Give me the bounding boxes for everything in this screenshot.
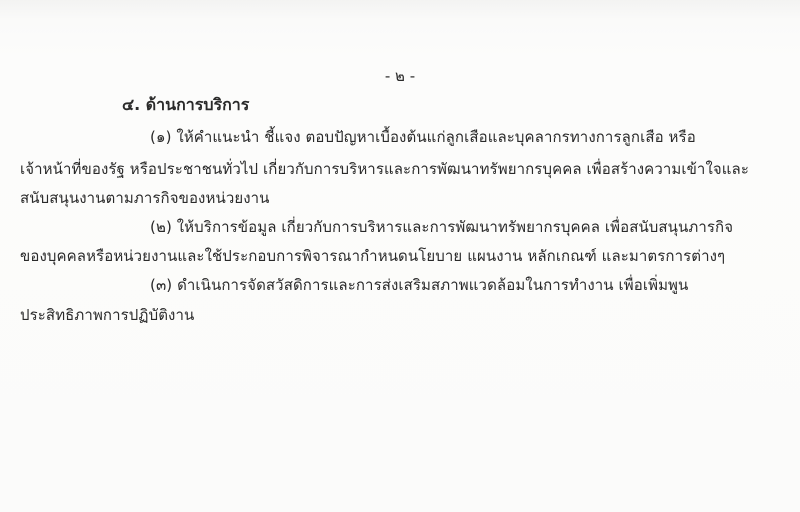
section-heading: ๔. ด้านการบริการ (122, 93, 249, 118)
page-number: - ๒ - (0, 64, 800, 88)
document-page: - ๒ - ๔. ด้านการบริการ (๑) ให้คำแนะนำ ชี… (0, 0, 800, 512)
item-2-line-1: (๒) ให้บริการข้อมูล เกี่ยวกับการบริหารแล… (150, 215, 733, 239)
item-2-line-2: ของบุคคลหรือหน่วยงานและใช้ประกอบการพิจาร… (20, 244, 725, 268)
item-1-line-3: สนับสนุนงานตามภารกิจของหน่วยงาน (20, 186, 270, 210)
item-3-line-1: (๓) ดำเนินการจัดสวัสดิการและการส่งเสริมส… (150, 273, 688, 297)
item-3-line-2: ประสิทธิภาพการปฏิบัติงาน (20, 303, 194, 327)
item-1-line-1: (๑) ให้คำแนะนำ ชี้แจง ตอบปัญหาเบื้องต้นแ… (150, 125, 696, 149)
item-1-line-2: เจ้าหน้าที่ของรัฐ หรือประชาชนทั่วไป เกี่… (20, 157, 749, 181)
